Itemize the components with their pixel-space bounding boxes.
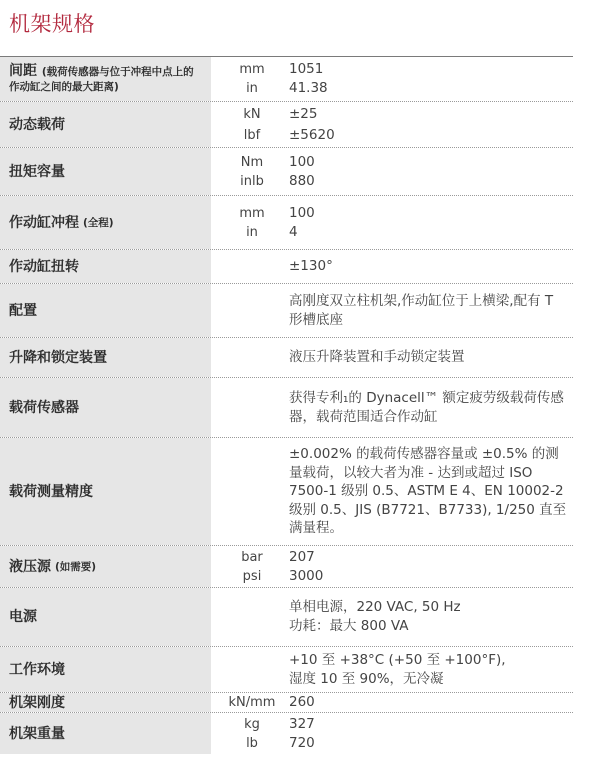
value: 207 [289, 548, 569, 567]
unit-cell: Nm inlb [211, 148, 289, 195]
value: 260 [289, 693, 569, 712]
unit-cell: kN/mm [211, 693, 289, 712]
value-line: 单相电源，220 VAC, 50 Hz [289, 598, 569, 617]
row-label: 配置 [0, 284, 211, 337]
row-label: 机架刚度 [0, 693, 211, 712]
value-line: 湿度 10 至 90%，无冷凝 [289, 670, 569, 689]
unit-cell: kg lb [211, 713, 289, 754]
spec-row-actuator-rotation: 作动缸扭转 ±130° [0, 250, 573, 284]
row-label: 电源 [0, 588, 211, 646]
spec-row-load-accuracy: 载荷测量精度 ±0.002% 的载荷传感器容量或 ±0.5% 的测量载荷，以较大… [0, 438, 573, 546]
unit-cell: bar psi [211, 546, 289, 587]
unit: kN [243, 104, 260, 125]
value: 1051 [289, 60, 569, 79]
value-cell: 100 880 [289, 148, 573, 195]
value-text: 高刚度双立柱机架,作动缸位于上横梁,配有 T 形槽底座 [289, 292, 559, 329]
value-cell: +10 至 +38°C (+50 至 +100°F), 湿度 10 至 90%，… [289, 647, 573, 692]
spec-row-frame-weight: 机架重量 kg lb 327 720 [0, 713, 573, 754]
unit-cell: mm in [211, 196, 289, 249]
value-cell: ±25 ±5620 [289, 102, 573, 147]
value-cell: 液压升降装置和手动锁定装置 [289, 338, 573, 377]
value-cell: ±0.002% 的载荷传感器容量或 ±0.5% 的测量载荷，以较大者为准 - 达… [289, 438, 575, 545]
row-label: 作动缸扭转 [0, 250, 211, 283]
value-cell: 1051 41.38 [289, 57, 573, 101]
label-sub: (全程) [83, 215, 114, 231]
value: 3000 [289, 567, 569, 586]
unit: mm [239, 60, 264, 79]
value-cell: 327 720 [289, 713, 573, 754]
unit-cell: mm in [211, 57, 289, 101]
value-cell: 207 3000 [289, 546, 573, 587]
value: 880 [289, 172, 569, 191]
value: ±25 [289, 104, 569, 125]
value: 100 [289, 153, 569, 172]
unit: bar [241, 548, 263, 567]
row-label: 作动缸冲程 (全程) [0, 196, 211, 249]
label-main: 间距 [9, 63, 37, 79]
unit-cell [211, 284, 289, 337]
spec-row-hydraulic-source: 液压源 (如需要) bar psi 207 3000 [0, 546, 573, 588]
spec-row-spacing: 间距 (载荷传感器与位于冲程中点上的作动缸之间的最大距离) mm in 1051… [0, 57, 573, 102]
unit: mm [239, 204, 264, 223]
unit-cell [211, 647, 289, 692]
unit: psi [243, 567, 262, 586]
label-main: 液压源 [9, 559, 51, 575]
unit: kN/mm [229, 693, 276, 712]
spec-row-configuration: 配置 高刚度双立柱机架,作动缸位于上横梁,配有 T 形槽底座 [0, 284, 573, 338]
row-label: 机架重量 [0, 713, 211, 754]
value: ±5620 [289, 125, 569, 146]
value-text: 液压升降装置和手动锁定装置 [289, 348, 569, 367]
row-label: 动态载荷 [0, 102, 211, 147]
unit-cell [211, 588, 289, 646]
value-cell: 100 4 [289, 196, 573, 249]
unit-cell [211, 438, 289, 545]
spec-row-frame-stiffness: 机架刚度 kN/mm 260 [0, 693, 573, 713]
value-line: +10 至 +38°C (+50 至 +100°F), [289, 651, 569, 670]
row-label: 载荷传感器 [0, 378, 211, 437]
unit-cell [211, 378, 289, 437]
spec-row-torque-capacity: 扭矩容量 Nm inlb 100 880 [0, 148, 573, 196]
value-cell: 单相电源，220 VAC, 50 Hz 功耗：最大 800 VA [289, 588, 573, 646]
spec-row-load-cell: 载荷传感器 获得专利₁的 Dynacell™ 额定疲劳级载荷传感器，载荷范围适合… [0, 378, 573, 438]
value: 720 [289, 734, 569, 753]
value-text: 获得专利₁的 Dynacell™ 额定疲劳级载荷传感器，载荷范围适合作动缸 [289, 389, 571, 426]
unit: lb [246, 734, 258, 753]
page-title: 机架规格 [9, 8, 95, 38]
row-label: 载荷测量精度 [0, 438, 211, 545]
row-label: 间距 (载荷传感器与位于冲程中点上的作动缸之间的最大距离) [0, 57, 211, 101]
unit-cell [211, 338, 289, 377]
unit: inlb [240, 172, 264, 191]
label-sub: (如需要) [55, 559, 96, 575]
value: ±130° [289, 257, 569, 276]
value-cell: 260 [289, 693, 573, 712]
value: 100 [289, 204, 569, 223]
spec-row-environment: 工作环境 +10 至 +38°C (+50 至 +100°F), 湿度 10 至… [0, 647, 573, 693]
spec-row-power: 电源 单相电源，220 VAC, 50 Hz 功耗：最大 800 VA [0, 588, 573, 647]
row-label: 扭矩容量 [0, 148, 211, 195]
value-cell: ±130° [289, 250, 573, 283]
value: 327 [289, 715, 569, 734]
unit: kg [244, 715, 260, 734]
label-main: 作动缸冲程 [9, 215, 79, 231]
value: 4 [289, 223, 569, 242]
row-label: 液压源 (如需要) [0, 546, 211, 587]
row-label: 升降和锁定装置 [0, 338, 211, 377]
label-sub: (载荷传感器与位于冲程中点上的作动缸之间的最大距离) [9, 66, 194, 93]
value-cell: 高刚度双立柱机架,作动缸位于上横梁,配有 T 形槽底座 [289, 284, 573, 337]
unit-cell: kN lbf [211, 102, 289, 147]
unit: in [246, 223, 258, 242]
spec-row-dynamic-load: 动态载荷 kN lbf ±25 ±5620 [0, 102, 573, 148]
unit-cell [211, 250, 289, 283]
value-text: ±0.002% 的载荷传感器容量或 ±0.5% 的测量载荷，以较大者为准 - 达… [289, 445, 571, 538]
value-cell: 获得专利₁的 Dynacell™ 额定疲劳级载荷传感器，载荷范围适合作动缸 [289, 378, 575, 437]
spec-table: 间距 (载荷传感器与位于冲程中点上的作动缸之间的最大距离) mm in 1051… [0, 56, 573, 754]
value-line: 功耗：最大 800 VA [289, 617, 569, 636]
row-label: 工作环境 [0, 647, 211, 692]
spec-row-lift-lock: 升降和锁定装置 液压升降装置和手动锁定装置 [0, 338, 573, 378]
unit: Nm [241, 153, 263, 172]
value: 41.38 [289, 79, 569, 98]
spec-row-actuator-stroke: 作动缸冲程 (全程) mm in 100 4 [0, 196, 573, 250]
unit: lbf [244, 125, 260, 146]
unit: in [246, 79, 258, 98]
